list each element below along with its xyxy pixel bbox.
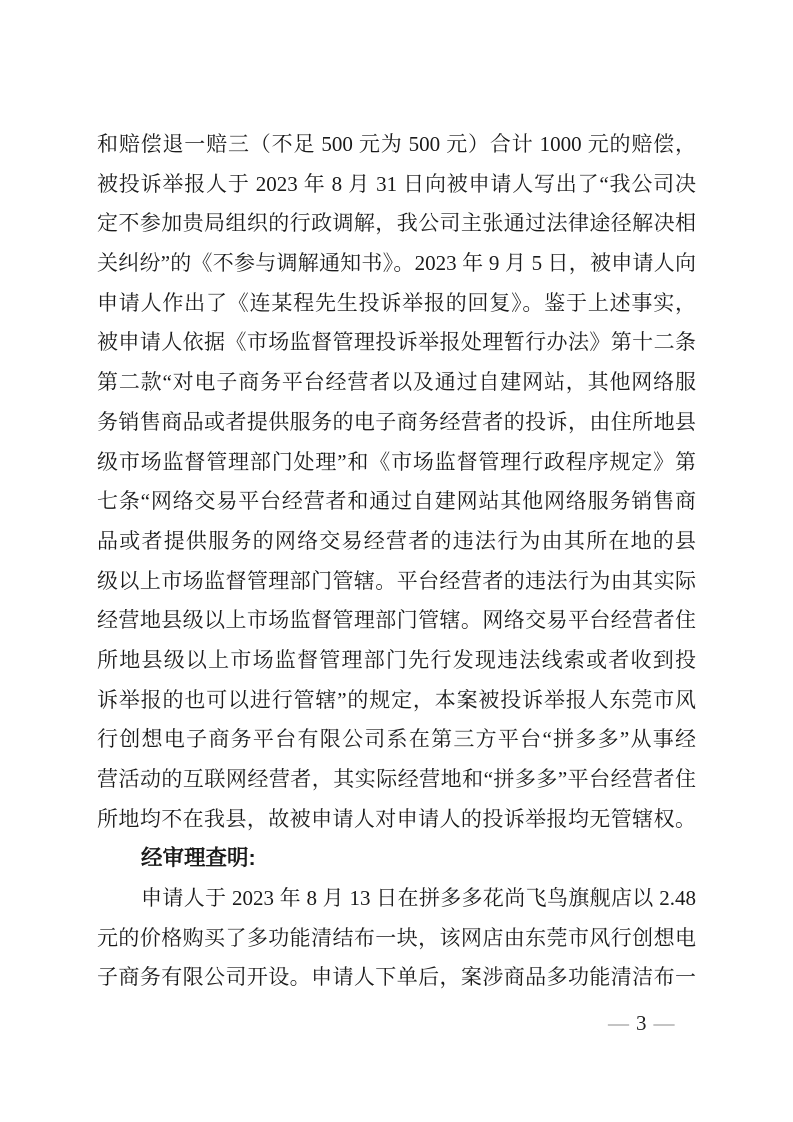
- text-line: 所地均不在我县，故被申请人对申请人的投诉举报均无管辖权。: [97, 800, 696, 840]
- document-page: 和赔偿退一赔三（不足 500 元为 500 元）合计 1000 元的赔偿，被投诉…: [0, 0, 793, 1122]
- footer-right-dash: —: [654, 1011, 675, 1035]
- text-line: 第二款“对电子商务平台经营者以及通过自建网站，其他网络服: [97, 363, 696, 403]
- text-line: 被投诉举报人于 2023 年 8 月 31 日向被申请人写出了“我公司决: [97, 165, 696, 205]
- text-line: 子商务有限公司开设。申请人下单后，案涉商品多功能清洁布一: [97, 958, 696, 998]
- text-line: 行创想电子商务平台有限公司系在第三方平台“拼多多”从事经: [97, 720, 696, 760]
- text-line: 务销售商品或者提供服务的电子商务经营者的投诉，由住所地县: [97, 403, 696, 443]
- text-line: 申请人作出了《连某程先生投诉举报的回复》。鉴于上述事实，: [97, 284, 696, 324]
- text-line: 被申请人依据《市场监督管理投诉举报处理暂行办法》第十二条: [97, 323, 696, 363]
- page-number: 3: [636, 1011, 647, 1035]
- document-body: 和赔偿退一赔三（不足 500 元为 500 元）合计 1000 元的赔偿，被投诉…: [97, 125, 696, 998]
- text-line: 和赔偿退一赔三（不足 500 元为 500 元）合计 1000 元的赔偿，: [97, 125, 696, 165]
- section-heading: 经审理查明:: [97, 839, 696, 879]
- text-line: 元的价格购买了多功能清结布一块，该网店由东莞市风行创想电: [97, 919, 696, 959]
- text-line: 定不参加贵局组织的行政调解，我公司主张通过法律途径解决相: [97, 204, 696, 244]
- page-footer: —3—: [608, 1008, 698, 1038]
- text-line: 营活动的互联网经营者，其实际经营地和“拼多多”平台经营者住: [97, 760, 696, 800]
- text-line: 诉举报的也可以进行管辖”的规定，本案被投诉举报人东莞市风: [97, 681, 696, 721]
- text-line: 级市场监督管理部门处理”和《市场监督管理行政程序规定》第: [97, 443, 696, 483]
- text-line: 级以上市场监督管理部门管辖。平台经营者的违法行为由其实际: [97, 562, 696, 602]
- text-line: 七条“网络交易平台经营者和通过自建网站其他网络服务销售商: [97, 482, 696, 522]
- text-line: 经营地县级以上市场监督管理部门管辖。网络交易平台经营者住: [97, 601, 696, 641]
- text-line: 所地县级以上市场监督管理部门先行发现违法线索或者收到投: [97, 641, 696, 681]
- text-line: 申请人于 2023 年 8 月 13 日在拼多多花尚飞鸟旗舰店以 2.48: [97, 879, 696, 919]
- text-line: 品或者提供服务的网络交易经营者的违法行为由其所在地的县: [97, 522, 696, 562]
- footer-left-dash: —: [608, 1011, 629, 1035]
- text-line: 关纠纷”的《不参与调解通知书》。2023 年 9 月 5 日，被申请人向: [97, 244, 696, 284]
